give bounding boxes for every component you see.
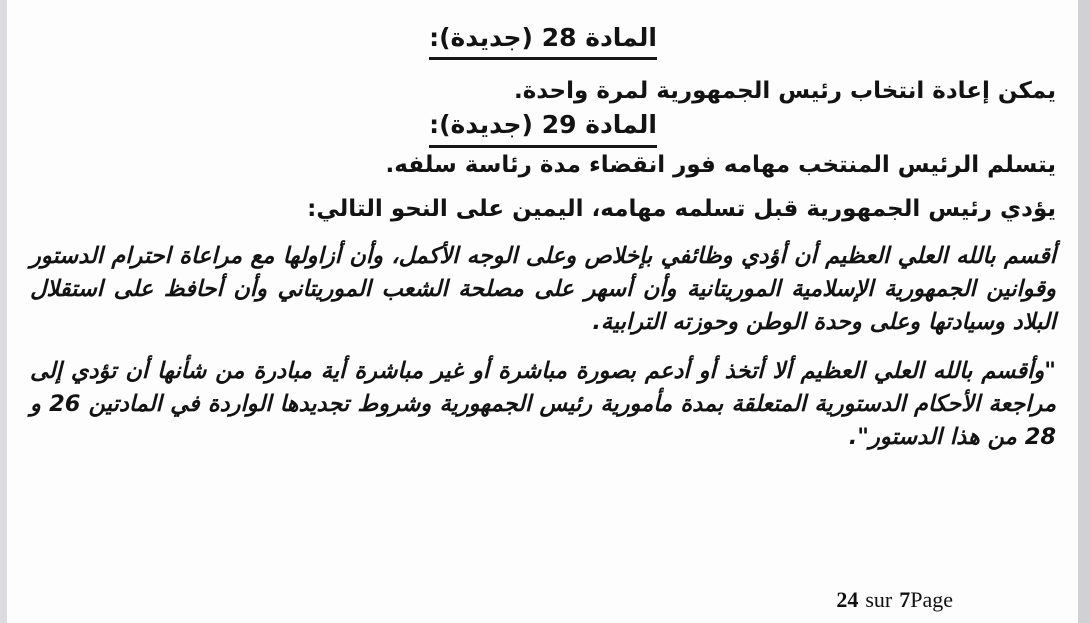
document-content: المادة 28 (جديدة): يمكن إعادة انتخاب رئي… bbox=[0, 0, 1090, 454]
article-29-intro-1: يتسلم الرئيس المنتخب مهامه فور انقضاء مد… bbox=[30, 148, 1056, 183]
article-28-heading-text: المادة 28 (جديدة): bbox=[429, 22, 657, 60]
page-edge-left bbox=[0, 0, 7, 623]
article-29-heading-text: المادة 29 (جديدة): bbox=[429, 109, 657, 147]
footer-page-label: Page bbox=[910, 587, 953, 612]
document-page: المادة 28 (جديدة): يمكن إعادة انتخاب رئي… bbox=[0, 0, 1090, 623]
article-29-oath-paragraph-2: "وأقسم بالله العلي العظيم ألا أتخذ أو أد… bbox=[30, 355, 1056, 454]
article-29-intro-2: يؤدي رئيس الجمهورية قبل تسلمه مهامه، الي… bbox=[30, 192, 1056, 227]
article-28-heading: المادة 28 (جديدة): bbox=[30, 22, 1056, 60]
article-29-heading: المادة 29 (جديدة): bbox=[30, 109, 1056, 147]
article-28-body: يمكن إعادة انتخاب رئيس الجمهورية لمرة وا… bbox=[30, 74, 1056, 109]
page-footer: 24sur7Page bbox=[836, 587, 953, 613]
footer-separator: sur bbox=[865, 587, 892, 612]
page-edge-right bbox=[1078, 0, 1090, 623]
footer-page-current: 7 bbox=[899, 587, 910, 612]
footer-pages-total: 24 bbox=[836, 587, 858, 612]
article-29-oath-paragraph-1: أقسم بالله العلي العظيم أن أؤدي وظائفي ب… bbox=[30, 240, 1056, 339]
